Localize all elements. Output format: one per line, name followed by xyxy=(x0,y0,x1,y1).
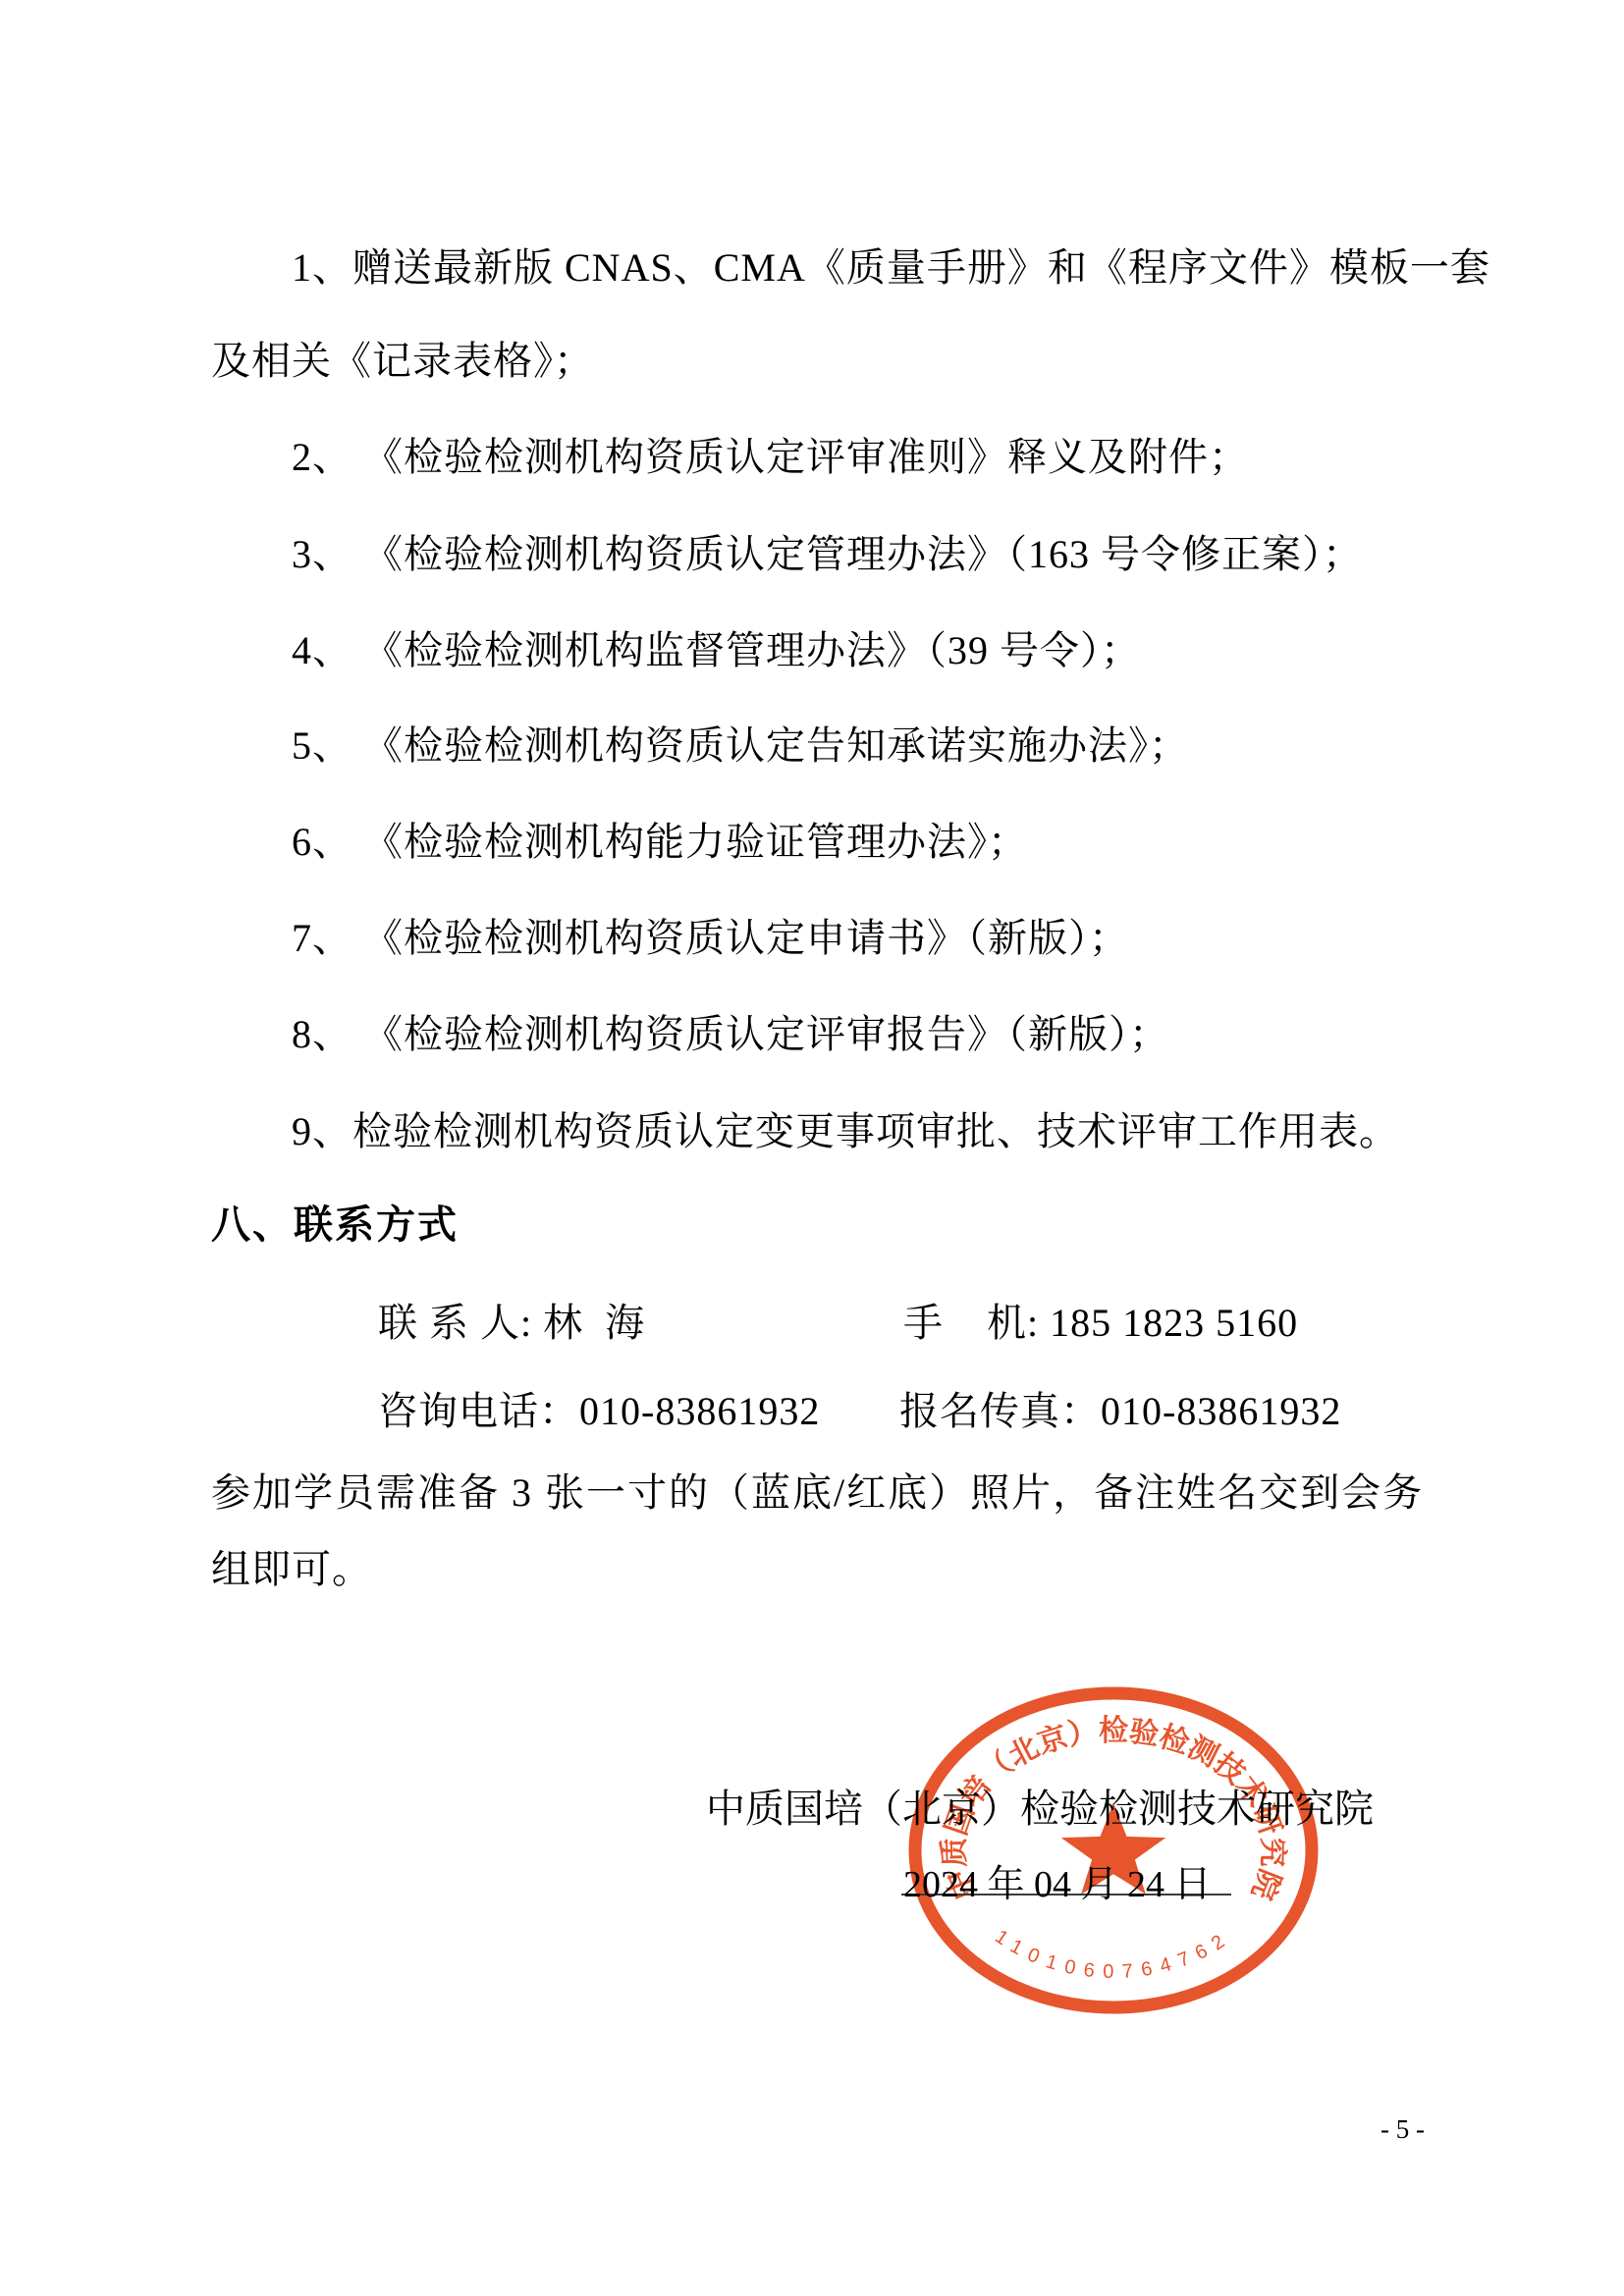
official-stamp: 中质国培（北京）检验检测技术研究院 1101060764762 xyxy=(906,1684,1321,2016)
list-line-9: 9、检验检测机构资质认定变更事项审批、技术评审工作用表。 xyxy=(292,1109,1399,1154)
list-line-6: 6、 《检验检测机构能力验证管理办法》； xyxy=(292,820,1028,865)
svg-text:1101060764762: 1101060764762 xyxy=(991,1926,1236,1983)
list-line-7: 7、 《检验检测机构资质认定申请书》（新版）； xyxy=(292,916,1129,961)
list-line-1a: 1、赠送最新版 CNAS、CMA《质量手册》和《程序文件》模板一套 xyxy=(292,245,1490,291)
contact-person: 联 系 人: 林 海 xyxy=(378,1301,645,1346)
contact-phone: 咨询电话：010-83861932 xyxy=(378,1389,820,1434)
list-line-1b: 及相关《记录表格》； xyxy=(211,339,594,384)
list-line-8: 8、 《检验检测机构资质认定评审报告》（新版）； xyxy=(292,1012,1169,1057)
list-line-2: 2、 《检验检测机构资质认定评审准则》释义及附件； xyxy=(292,435,1249,480)
list-line-3: 3、 《检验检测机构资质认定管理办法》（163 号令修正案）； xyxy=(292,532,1363,577)
stamp-serial: 1101060764762 xyxy=(991,1926,1236,1983)
note-line-2: 组即可。 xyxy=(211,1547,372,1592)
section-heading: 八、联系方式 xyxy=(211,1202,459,1248)
note-line-1: 参加学员需准备 3 张一寸的（蓝底/红底）照片，备注姓名交到会务 xyxy=(211,1470,1424,1516)
signature-date: 2024 年 04 月 24 日 xyxy=(903,1864,1212,1907)
list-line-5: 5、 《检验检测机构资质认定告知承诺实施办法》； xyxy=(292,723,1189,769)
document-page: 1、赠送最新版 CNAS、CMA《质量手册》和《程序文件》模板一套 及相关《记录… xyxy=(0,0,1624,2296)
signature-org: 中质国培（北京）检验检测技术研究院 xyxy=(706,1787,1374,1832)
contact-fax: 报名传真：010-83861932 xyxy=(899,1389,1341,1434)
page-number: - 5 - xyxy=(1380,2114,1425,2145)
contact-mobile: 手 机: 185 1823 5160 xyxy=(903,1301,1298,1346)
list-line-4: 4、 《检验检测机构监督管理办法》（39 号令）； xyxy=(292,628,1141,673)
